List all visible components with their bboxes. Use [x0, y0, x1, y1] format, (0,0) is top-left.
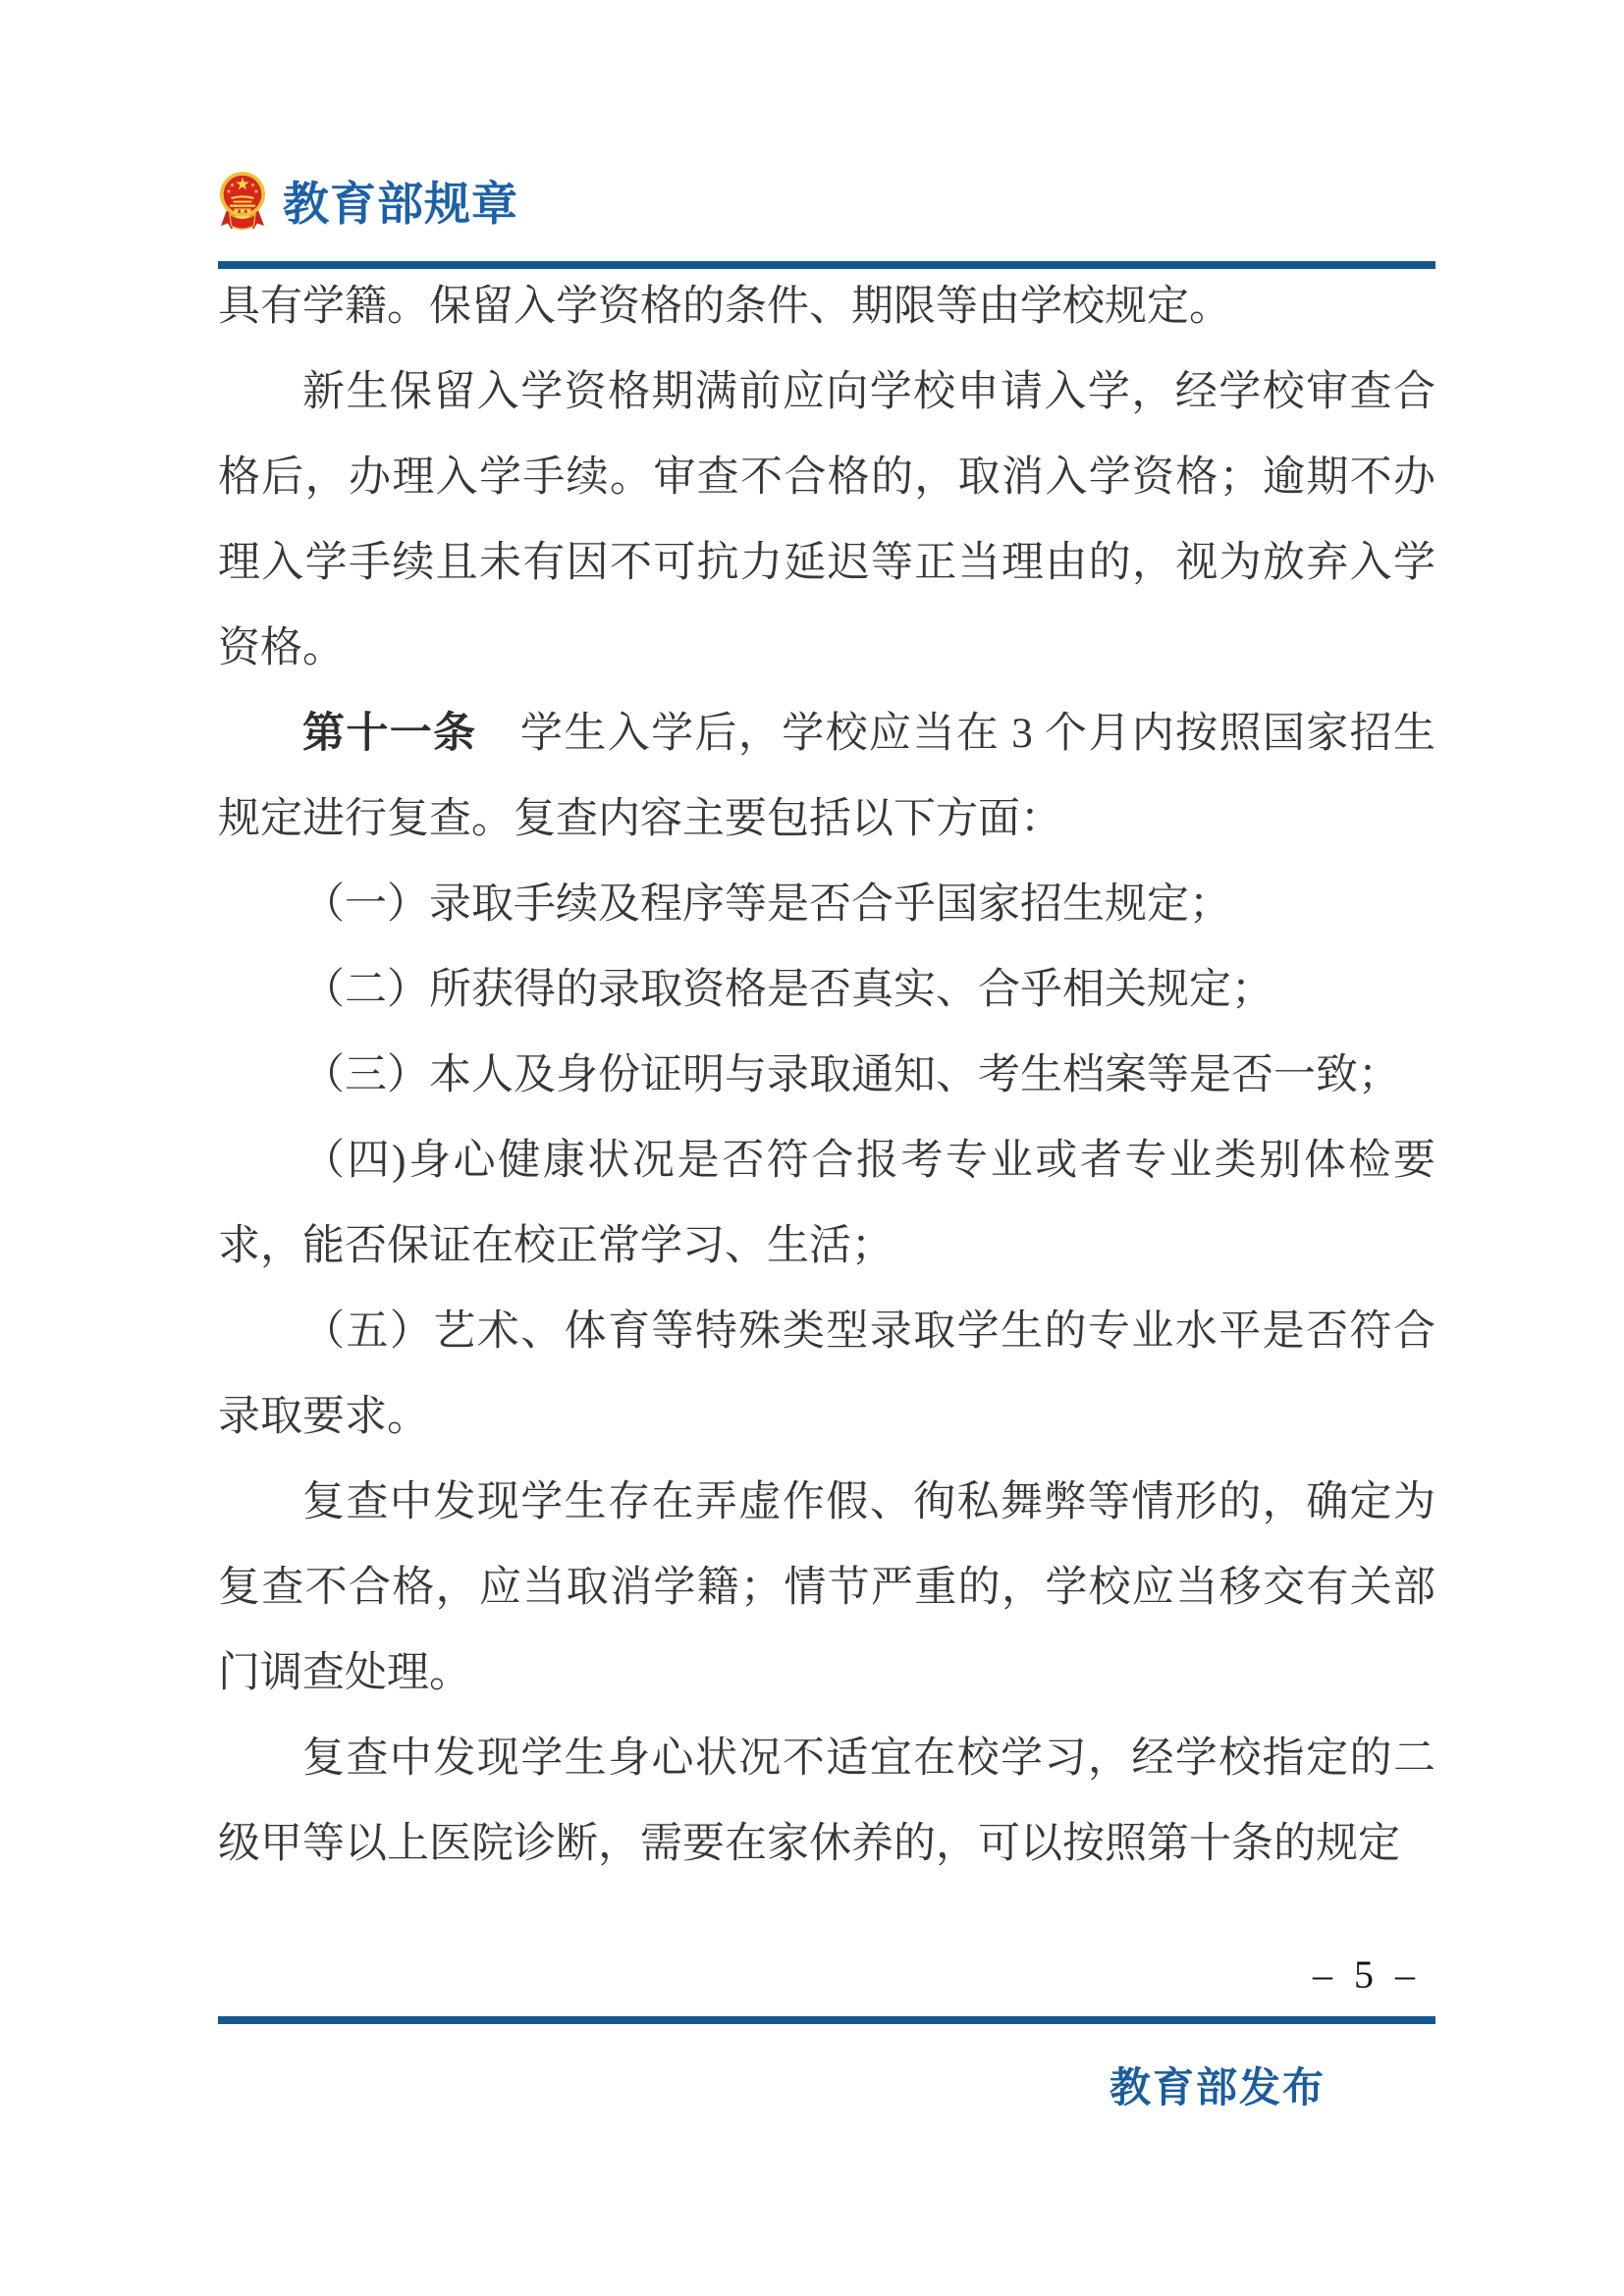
footer-rule [218, 2016, 1435, 2024]
paragraph-item-2: （二）所获得的录取资格是否真实、合乎相关规定； [218, 947, 1435, 1033]
page-number: – 5 – [1313, 1951, 1421, 1998]
paragraph: 新生保留入学资格期满前应向学校申请入学，经学校审查合格后，办理入学手续。审查不合… [218, 349, 1435, 691]
paragraph-item-4: （四)身心健康状况是否符合报考专业或者专业类别体检要求，能否保证在校正常学习、生… [218, 1118, 1435, 1289]
page-header-title: 教育部规章 [283, 175, 518, 227]
paragraph: 复查中发现学生存在弄虚作假、徇私舞弊等情形的，确定为复查不合格，应当取消学籍；情… [218, 1460, 1435, 1716]
paragraph-item-3: （三）本人及身份证明与录取通知、考生档案等是否一致； [218, 1033, 1435, 1118]
paragraph-article-11: 第十一条 学生入学后，学校应当在 3 个月内按照国家招生规定进行复查。复查内容主… [218, 691, 1435, 862]
paragraph: 具有学籍。保留入学资格的条件、期限等由学校规定。 [218, 264, 1435, 349]
paragraph-item-5: （五）艺术、体育等特殊类型录取学生的专业水平是否符合录取要求。 [218, 1289, 1435, 1460]
document-body: 具有学籍。保留入学资格的条件、期限等由学校规定。 新生保留入学资格期满前应向学校… [218, 264, 1435, 1887]
page-header: 教育部规章 [218, 169, 518, 232]
document-page: 教育部规章 具有学籍。保留入学资格的条件、期限等由学校规定。 新生保留入学资格期… [0, 0, 1624, 2296]
publisher-label: 教育部发布 [1110, 2056, 1326, 2114]
paragraph: 复查中发现学生身心状况不适宜在校学习，经学校指定的二级甲等以上医院诊断，需要在家… [218, 1716, 1435, 1887]
paragraph-item-1: （一）录取手续及程序等是否合乎国家招生规定； [218, 862, 1435, 947]
article-number: 第十一条 [302, 710, 477, 757]
china-national-emblem-icon [218, 169, 267, 232]
